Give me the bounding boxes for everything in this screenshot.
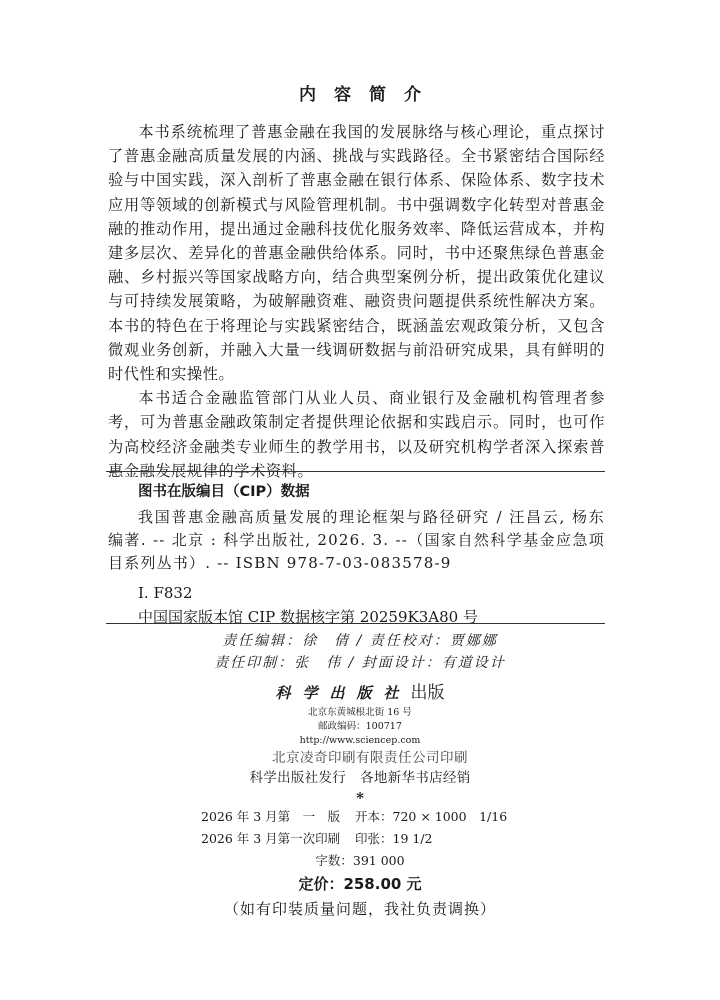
cip-classification: Ⅰ. F832 [108, 581, 605, 605]
summary-paragraph: 本书适合金融监管部门从业人员、商业银行及金融机构管理者参考，可为普惠金融政策制定… [108, 386, 605, 483]
edition-row: 2026 年 3 月第 一 版 开本：720 × 1000 1/16 [0, 806, 720, 828]
staff-credits: 责任编辑：徐 倩 / 责任校对：贾娜娜 责任印制：张 伟 / 封面设计：有道设计 [0, 630, 720, 674]
distribution-info: 科学出版社发行各地新华书店经销 [0, 768, 720, 788]
copyright-page: 内容简介 本书系统梳理了普惠金融在我国的发展脉络与核心理论，重点探讨了普惠金融高… [0, 0, 720, 1000]
summary-paragraph: 本书系统梳理了普惠金融在我国的发展脉络与核心理论，重点探讨了普惠金融高质量发展的… [108, 120, 605, 386]
divider [106, 623, 605, 624]
edition-info: * 2026 年 3 月第 一 版 开本：720 × 1000 1/16 202… [0, 790, 720, 922]
word-count-row: 字数：391 000 [0, 850, 720, 872]
cip-heading: 图书在版编目（CIP）数据 [108, 480, 605, 504]
divider [106, 471, 605, 472]
publisher-suffix: 出版 [411, 683, 445, 703]
publisher-address: 北京东黄城根北街 16 号 [0, 706, 720, 720]
asterisk-separator: * [0, 790, 720, 806]
printing-date: 2026 年 3 月第一次印刷 [201, 828, 340, 850]
page-title: 内容简介 [0, 80, 720, 105]
book-summary: 本书系统梳理了普惠金融在我国的发展脉络与核心理论，重点探讨了普惠金融高质量发展的… [108, 120, 605, 483]
production-credits: 责任印制：张 伟 / 封面设计：有道设计 [0, 652, 720, 674]
edition-date: 2026 年 3 月第 一 版 [201, 806, 340, 828]
word-count: 字数：391 000 [0, 850, 720, 872]
retailer: 各地新华书店经销 [360, 770, 470, 786]
publisher-line: 科学出版社出版 [0, 680, 720, 706]
publisher-info: 科学出版社出版 北京东黄城根北街 16 号 邮政编码：100717 http:/… [0, 680, 720, 788]
price: 定价：258.00 元 [0, 872, 720, 896]
editor-credits: 责任编辑：徐 倩 / 责任校对：贾娜娜 [0, 630, 720, 652]
cip-block: 图书在版编目（CIP）数据 我国普惠金融高质量发展的理论框架与路径研究 / 汪昌… [108, 480, 605, 629]
printer-info: 北京凌奇印刷有限责任公司印刷 [0, 748, 720, 768]
format-size: 开本：720 × 1000 1/16 [355, 806, 507, 828]
quality-notice: （如有印装质量问题，我社负责调换） [0, 896, 720, 922]
cip-record: 我国普惠金融高质量发展的理论框架与路径研究 / 汪昌云, 杨东编著. -- 北京… [108, 506, 605, 575]
publisher-postcode: 邮政编码：100717 [0, 720, 720, 734]
publisher-logo: 科学出版社 [275, 684, 410, 702]
cip-verification-number: 中国国家版本馆 CIP 数据核字第 20259K3A80 号 [108, 605, 605, 629]
printed-sheets: 印张：19 1/2 [355, 828, 433, 850]
distributor: 科学出版社发行 [249, 770, 346, 786]
publisher-website: http://www.sciencep.com [0, 734, 720, 748]
printing-row: 2026 年 3 月第一次印刷 印张：19 1/2 [0, 828, 720, 850]
